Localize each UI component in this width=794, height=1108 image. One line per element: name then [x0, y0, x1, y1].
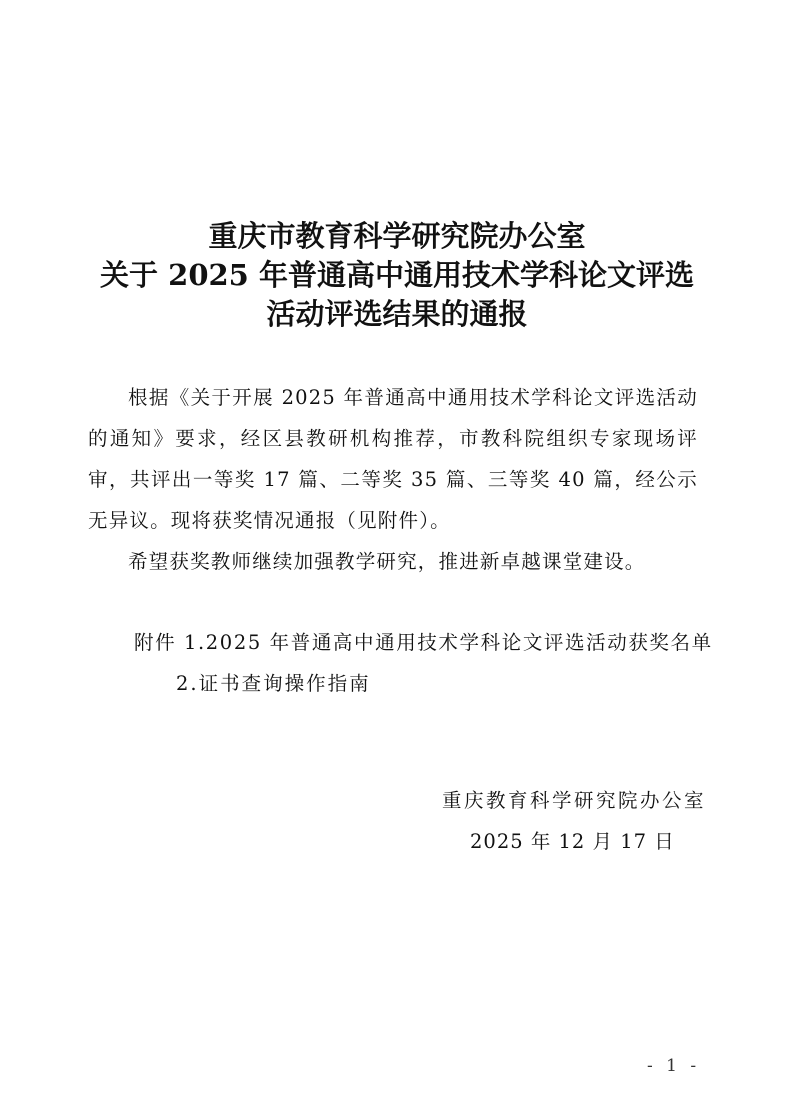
- page-number: - 1 -: [647, 1056, 700, 1076]
- body-paragraph-1: 根据《关于开展 2025 年普通高中通用技术学科论文评选活动的通知》要求，经区县…: [88, 377, 698, 541]
- title-line-1: 重庆市教育科学研究院办公室: [0, 218, 794, 254]
- attachment-item-1: 附件 1.2025 年普通高中通用技术学科论文评选活动获奖名单: [134, 622, 713, 663]
- title-line-2: 关于 2025 年普通高中通用技术学科论文评选: [0, 257, 794, 293]
- signature-date: 2025 年 12 月 17 日: [470, 821, 675, 862]
- signature-organization: 重庆教育科学研究院办公室: [442, 780, 706, 821]
- attachment-item-2: 2.证书查询操作指南: [176, 663, 371, 704]
- body-paragraph-2: 希望获奖教师继续加强教学研究，推进新卓越课堂建设。: [88, 541, 698, 582]
- title-line-3: 活动评选结果的通报: [0, 296, 794, 332]
